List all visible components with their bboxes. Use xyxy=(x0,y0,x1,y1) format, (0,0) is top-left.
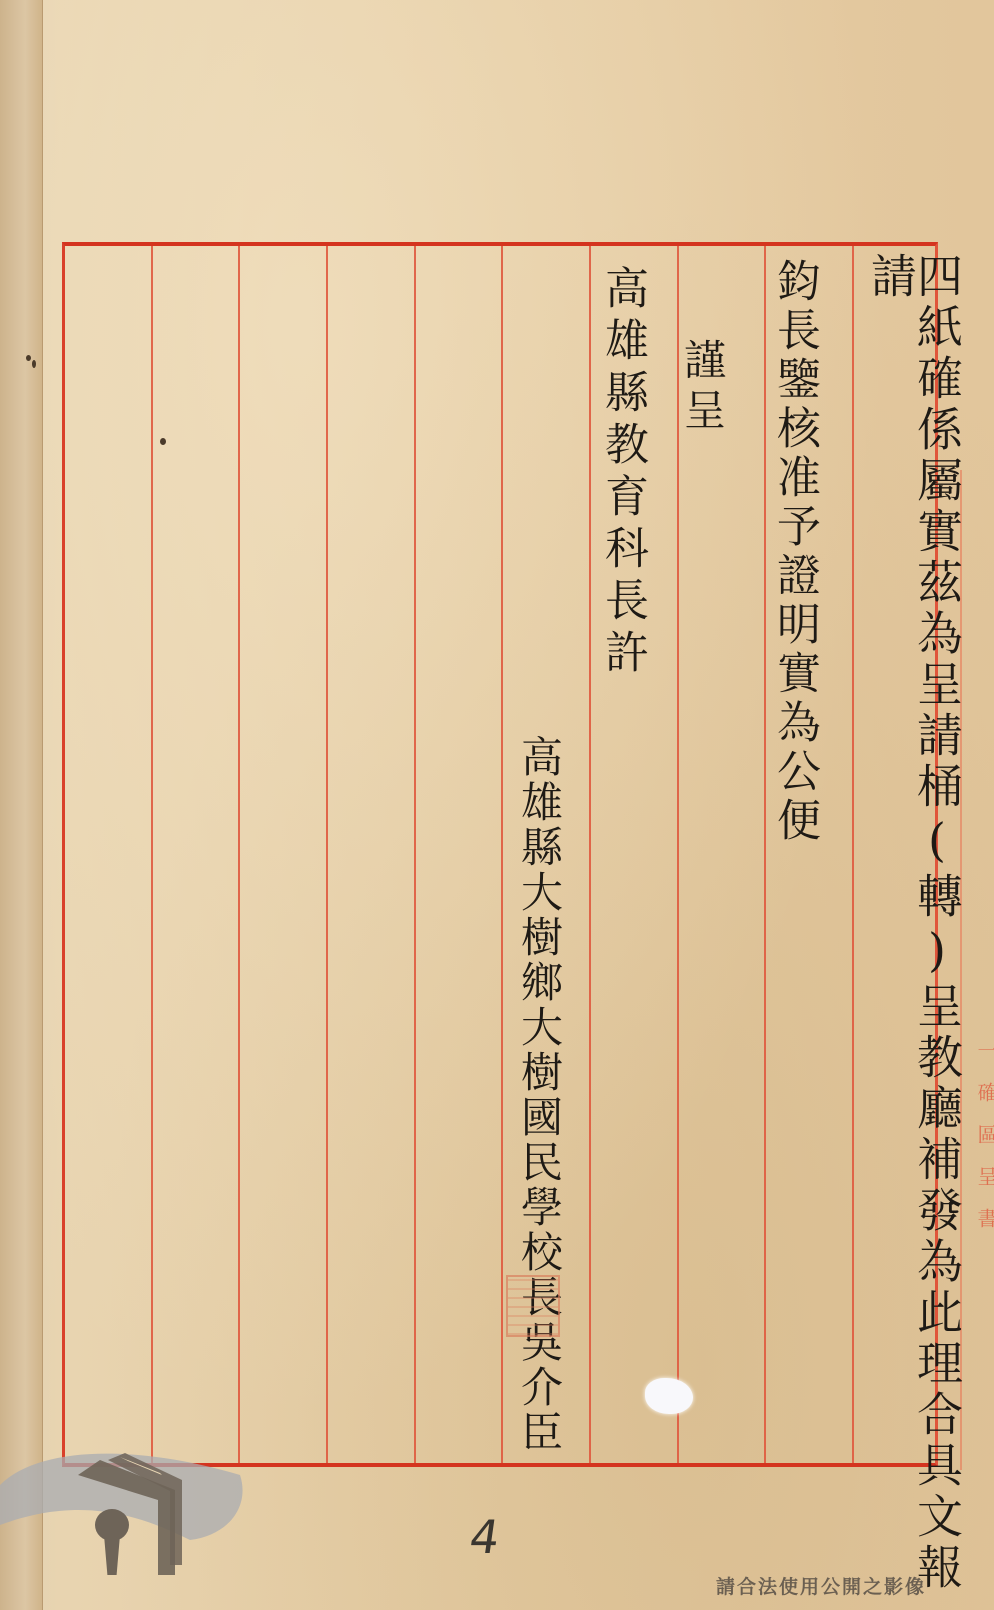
column-rule xyxy=(852,246,854,1463)
column-rule xyxy=(589,246,591,1463)
column-rule xyxy=(764,246,766,1463)
column-rule xyxy=(501,246,503,1463)
column-rule xyxy=(238,246,240,1463)
binding-spine xyxy=(0,0,43,1610)
text-column-signature: 高雄縣大樹鄉大樹國民學校長吳介臣 xyxy=(518,735,560,1455)
text-column-addressee: 高雄縣教育科長許 xyxy=(600,265,644,681)
text-column-1: 四紙確係屬實茲為呈請桶(轉)呈教廳補發為此理合具文報請 xyxy=(868,252,960,1610)
ink-spot xyxy=(32,360,36,368)
red-seal-stamp xyxy=(506,1275,560,1337)
ink-spot xyxy=(160,438,166,445)
text-column-respectfully-submit: 謹呈 xyxy=(681,338,723,438)
text-column-2: 鈞長鑒核准予證明實為公便 xyxy=(772,258,816,846)
margin-red-marks: 一確區呈書 xyxy=(972,1040,994,1250)
column-rule xyxy=(414,246,416,1463)
watermark-text: 請合法使用公開之影像 xyxy=(716,1572,926,1599)
column-rule xyxy=(151,246,153,1463)
ink-spot xyxy=(26,355,31,361)
archive-book-keyhole-logo-icon xyxy=(0,1405,250,1575)
paper-hole xyxy=(645,1378,693,1414)
column-rule xyxy=(326,246,328,1463)
